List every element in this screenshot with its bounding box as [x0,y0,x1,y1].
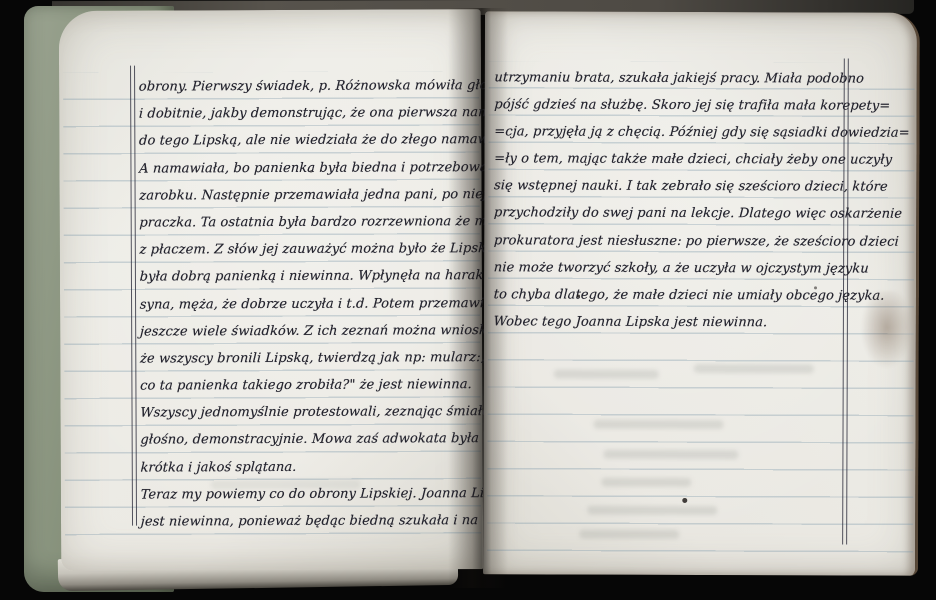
handwritten-line: utrzymaniu brata, szukała jakiejś pracy.… [494,64,848,92]
handwritten-line: obrony. Pierwszy świadek, p. Różnowska m… [138,72,481,101]
handwritten-line: krótka i jakoś splątana. [140,453,483,482]
handwritten-line: głośno, demonstracyjnie. Mowa zaś adwoka… [140,426,483,455]
handwritten-line: się wstępnej nauki. I tak zebrało się sz… [493,173,847,201]
handwritten-line: jest niewinna, ponieważ będąc biedną szu… [140,507,483,536]
handwritten-line: prokuratora jest niesłuszne: po pierwsze… [493,227,847,255]
handwritten-line: Wobec tego Joanna Lipska jest niewinna. [493,308,847,336]
bleedthrough-smudge [554,369,659,378]
handwritten-line: zarobku. Następnie przemawiała jedna pan… [139,181,482,210]
bleedthrough-smudge [594,420,724,429]
handwritten-line: przychodziły do swej pani na lekcje. Dla… [493,200,847,228]
handwritten-line: Teraz my powiemy co do obrony Lipskiej. … [140,480,483,509]
handwritten-line: A namawiała, bo panienka była biedna i p… [139,154,482,183]
handwritten-line: do tego Lipską, ale nie wiedziała że do … [138,126,481,155]
bleedthrough-smudge [601,478,691,487]
bleedthrough-smudge [603,450,738,459]
handwritten-line: z płaczem. Z słów jej zauważyć można był… [139,235,482,264]
ink-speck [682,498,687,503]
handwritten-line: syna, męża, że dobrze uczyła i t.d. Pote… [139,290,482,319]
handwritten-line: praczka. Ta ostatnia była bardzo rozrzew… [139,208,482,237]
bleedthrough-smudge [694,364,814,373]
bleedthrough-smudge [579,530,679,539]
notebook-photo: obrony. Pierwszy świadek, p. Różnowska m… [0,0,936,600]
handwritten-line: była dobrą panienką i niewinna. Wpłynęła… [139,262,482,291]
handwritten-text-left: obrony. Pierwszy świadek, p. Różnowska m… [138,72,482,536]
left-page: obrony. Pierwszy świadek, p. Różnowska m… [59,9,483,571]
handwritten-text-right: utrzymaniu brata, szukała jakiejś pracy.… [493,64,846,336]
handwritten-line: =ły o tem, mając także małe dzieci, chci… [493,146,847,174]
handwritten-line: =cja, przyjęła ją z chęcią. Później gdy … [494,118,848,146]
handwritten-line: Wszyscy jednomyślnie protestowali, zezna… [140,398,483,427]
stain [852,291,910,383]
handwritten-line: pójść gdzieś na służbę. Skoro jej się tr… [494,91,848,119]
bleedthrough-smudge [587,506,717,515]
handwritten-line: nie może tworzyć szkoły, a że uczyła w o… [493,254,847,282]
handwritten-line: to chyba dlatego, że małe dzieci nie umi… [493,281,847,309]
ink-speck [577,295,580,298]
handwritten-line: i dobitnie, jakby demonstrując, że ona p… [138,99,481,128]
handwritten-line: co ta panienka takiego zrobiła?" że jest… [139,371,482,400]
right-page: utrzymaniu brata, szukała jakiejś pracy.… [483,11,920,576]
handwritten-line: jeszcze wiele świadków. Z ich zeznań moż… [139,317,482,346]
ink-speck [814,286,817,289]
handwritten-line: że wszyscy bronili Lipską, twierdzą jak … [139,344,482,373]
